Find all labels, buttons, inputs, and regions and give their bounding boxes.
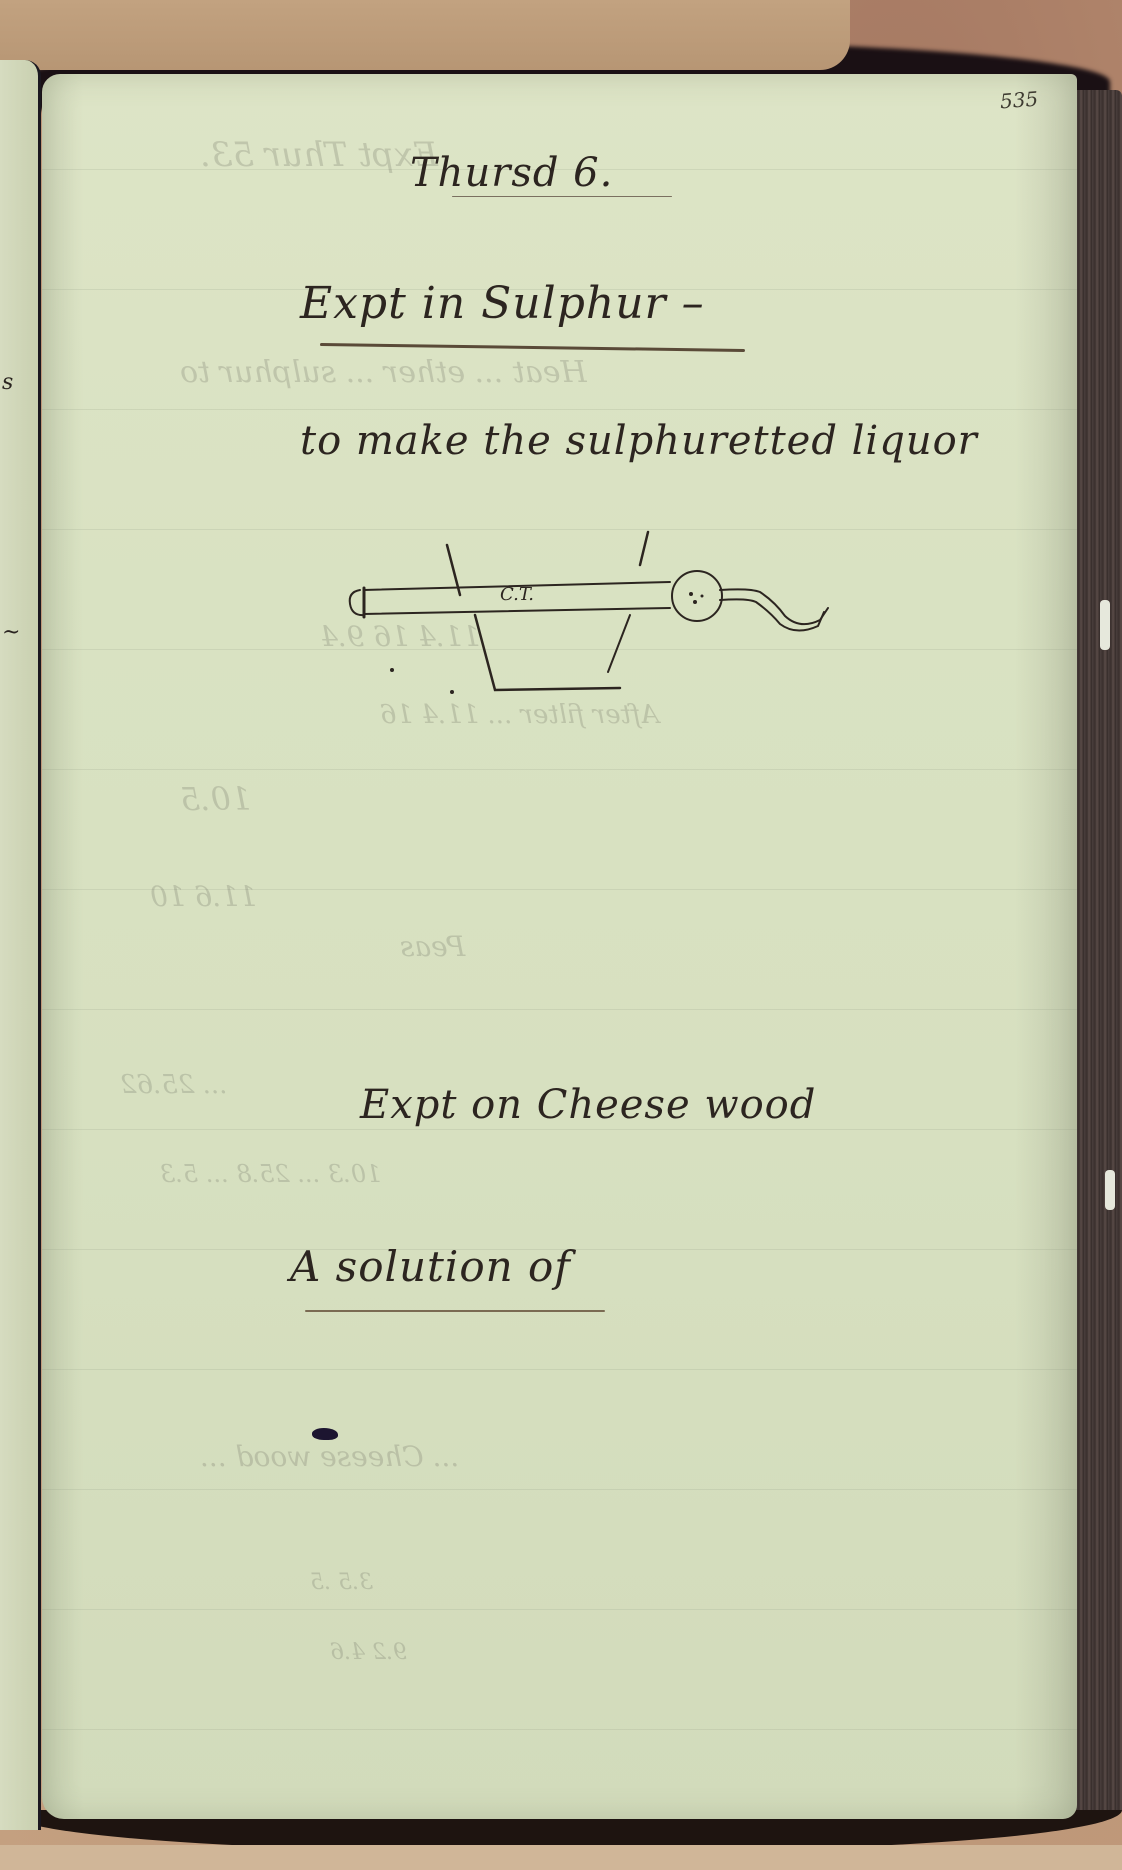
edge-speck [1100,600,1110,650]
bleed-through-text: 9.2 4.6 [330,1640,407,1665]
bleed-through-text: ... 25.62 [120,1070,228,1100]
apparatus-sketch-icon: C.T. [330,520,930,700]
bleed-through-text: Peas [400,930,465,963]
left-facing-page: s ~ [0,60,41,1830]
notebook-photo: s ~ Expt Thur 53. Heat ... ether ... sul… [0,0,1122,1870]
entry-title-solution: A solution of [290,1242,571,1291]
bleed-through-text: Expt Thur 53. [200,135,438,175]
bleed-through-text: 3.5 .5 [310,1570,373,1595]
bleed-through-text: After filter ... 11.4 16 [380,700,659,730]
cover-flap [0,0,850,70]
table-surface [0,1845,1122,1870]
left-page-mark: ~ [2,620,20,645]
entry-title-sulphur: Expt in Sulphur – [300,278,705,329]
bleed-through-text: ... Cheese wood ... [200,1440,459,1473]
page-number: 535 [999,87,1039,114]
bleed-through-text: 10.5 [180,780,251,818]
entry-text-sulphuretted: to make the sulphuretted liquor [300,418,978,464]
heading-day: Thursd 6. [410,150,613,196]
bleed-through-text: 10.3 ... 25.8 ... 5.3 [160,1160,381,1188]
edge-speck [1105,1170,1115,1210]
heading-underline [452,196,672,197]
bleed-through-text: Heat ... ether ... sulphur to [180,355,587,390]
bleed-through-text: 11.6 10 [150,880,257,913]
entry-underline [305,1310,605,1312]
entry-title-cheese-wood: Expt on Cheese wood [360,1082,816,1128]
notebook-page [42,74,1077,1819]
left-page-mark: s [2,370,13,395]
svg-text:C.T.: C.T. [500,584,534,605]
ink-blot [312,1428,338,1440]
